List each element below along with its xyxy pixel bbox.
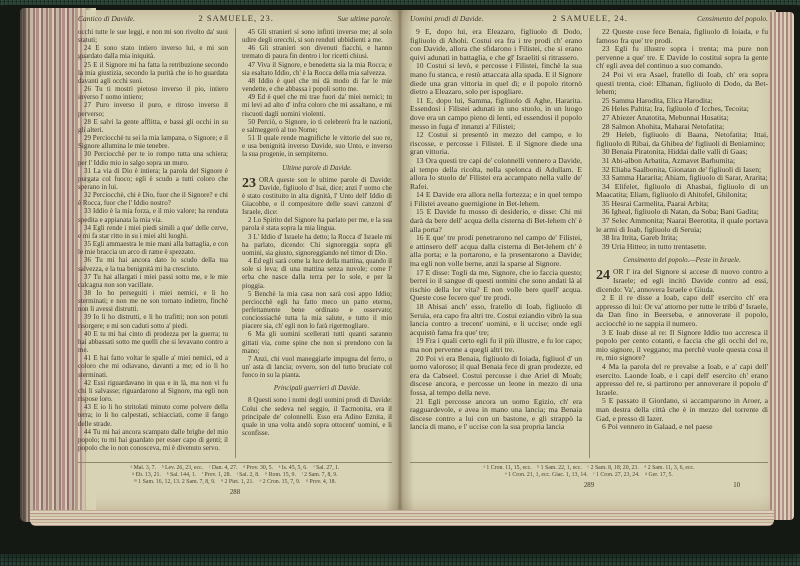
- verse-text: 23 Egli fu illustre sopra i trenta; ma p…: [596, 45, 768, 71]
- verse-text: 39 Io li ho distrutti, e li ho trafitti;…: [78, 313, 228, 329]
- footnote-line: ᵃ 1 Cron. 11, 15, ecc. ᵇ 1 Sam. 22, 1, e…: [410, 465, 768, 472]
- verse-text: 11 E, dopo lui, Samma, figliuolo di Aghe…: [410, 97, 582, 131]
- page-left: Cantico di Davide. 2 SAMUELE, 23. Sue ul…: [78, 14, 392, 506]
- verse-text: 2 Lo Spirito del Signore ha parlato per …: [242, 216, 392, 232]
- verse-text: 30 Perciocchè per te io rompo tutta una …: [78, 150, 228, 166]
- page-footer: 289 10: [410, 482, 768, 492]
- verse-text: 4 Ma la parola del re prevalse a Ioab, e…: [596, 363, 768, 397]
- running-head-center: 2 SAMUELE, 23.: [198, 14, 273, 23]
- verse-text: 14 E Davide era allora nella fortezza; e…: [410, 191, 582, 208]
- verse-text: 36 Tu mi hai ancora dato lo scudo della …: [78, 256, 228, 272]
- verse-text: 15 E Davide fu mosso di desiderio, e dis…: [410, 208, 582, 234]
- verse-text: 35 Egli ammaestra le mie mani alla batta…: [78, 240, 228, 256]
- page-right: Uomini prodi di Davide. 2 SAMUELE, 24. C…: [410, 14, 768, 506]
- running-head-center: 2 SAMUELE, 24.: [553, 14, 628, 23]
- text-column-2: 45 Gli stranieri si sono infinti inverso…: [242, 28, 392, 458]
- footnotes: ᵃ 1 Cron. 11, 15, ecc. ᵇ 1 Sam. 22, 1, e…: [410, 462, 768, 479]
- verse-text: 26 Tu ti mostri pietoso inverso il pio, …: [78, 85, 228, 101]
- verse-text: 20 Poi vi era Benaia, figliuolo di Ioiad…: [410, 355, 582, 398]
- chapter-number: 23: [242, 176, 256, 191]
- verse-text: 50 Perciò, o Signore, io ti celebrerò fr…: [242, 118, 392, 134]
- verse-text: 13 Ora questi tre capi de' colonnelli ve…: [410, 157, 582, 191]
- verse-text: 21 Egli percosse ancora un uomo Egizio, …: [410, 398, 582, 432]
- chapter-number: 24: [596, 268, 610, 283]
- running-head-right: Sue ultime parole.: [337, 14, 392, 23]
- verse-text: 39 Uria Hitteo; in tutto trentasette.: [596, 243, 768, 252]
- verse-text: 7 Anzi, chi vuol maneggiarle impugna del…: [242, 355, 392, 379]
- verse-text: 32 Perciocchè, chi è Dio, fuor che il Si…: [78, 191, 228, 207]
- footnote-line: ᵐ 1 Sam. 16, 12, 13. 2 Sam. 7, 8, 9. ⁿ 2…: [78, 479, 392, 486]
- column-rule: [582, 28, 596, 458]
- verse-text: 19 Fra i quali certo egli fu il più illu…: [410, 337, 582, 354]
- verse-text: 27 Puro inverso il puro, e ritroso inver…: [78, 101, 228, 117]
- verse-text: 22 Queste cose fece Benaia, figliuolo di…: [596, 28, 768, 45]
- verse-text: 6 Ma gli uomini scellerati tutti quanti …: [242, 330, 392, 354]
- verse-text: 5 Benchè la mia casa non sarà così appo …: [242, 290, 392, 331]
- verse-text: 38 Io ho perseguiti i miei nemici, e li …: [78, 289, 228, 313]
- section-heading: Principali guerrieri di Davide.: [242, 384, 392, 392]
- verse-text: 2 E il re disse a Ioab, capo dell' eserc…: [596, 294, 768, 328]
- verse-text: 8 Questi sono i nomi degli uomini prodi …: [242, 396, 392, 437]
- photo-of-open-bible: { "colors": { "fabric": "#2c4a3b", "cove…: [0, 0, 800, 566]
- verse-text: 51 Il quale rende magnifiche le vittorie…: [242, 134, 392, 158]
- verse-text: 29 Perciocchè tu sei la mia lampana, o S…: [78, 134, 228, 150]
- verse-text: 37 Selec Ammonita; Naarai Beerotita, il …: [596, 217, 768, 234]
- verse-text: 31 La via di Dio è intiera; la parola de…: [78, 167, 228, 191]
- verse-text: 3 E Ioab disse al re: Il Signore Iddio t…: [596, 329, 768, 363]
- running-head: Uomini prodi di Davide. 2 SAMUELE, 24. C…: [410, 14, 768, 23]
- verse-text: 5 E passato il Giordano, si accamparono …: [596, 397, 768, 423]
- running-head: Cantico di Davide. 2 SAMUELE, 23. Sue ul…: [78, 14, 392, 23]
- verse-text: 47 Viva il Signore, e benedetta sia la m…: [242, 61, 392, 77]
- verse-text: 28 E salvi la gente afflitta, e bassi gl…: [78, 118, 228, 134]
- signature-mark: 10: [733, 482, 740, 489]
- verse-text: 34 Elifelet, figliuolo di Ahasbai, figli…: [596, 183, 768, 200]
- section-heading: Censimento del popolo.—Peste in Israele.: [596, 256, 768, 264]
- running-head-right: Censimento del popolo.: [697, 14, 768, 23]
- verse-text: 41 E hai fatto voltar le spalle a' miei …: [78, 354, 228, 378]
- verse-text: 44 Tu mi hai ancora scampato dalle brigh…: [78, 428, 228, 452]
- verse-text: 17 E disse: Togli da me, Signore, che io…: [410, 269, 582, 303]
- verse-text: 45 Gli stranieri si sono infinti inverso…: [242, 28, 392, 44]
- section-heading: Ultime parole di Davide.: [242, 164, 392, 172]
- verse-text: 3 L' Iddio d' Israele ha detto; la Rocca…: [242, 233, 392, 257]
- verse-text: 12 Costui si presentò in mezzo del campo…: [410, 131, 582, 157]
- verse-text: 29 Heleb, figliuolo di Baana, Netofatita…: [596, 131, 768, 148]
- footnote-line: ᵍ Eb. 13, 21. ʰ Sal. 144, 1. ⁱ Prov. 1, …: [78, 472, 392, 479]
- chapter-start: 23ORA queste son le ultime parole di Dav…: [242, 176, 392, 217]
- text-column-1: occhi tutte le sue leggi, e non mi son r…: [78, 28, 228, 458]
- verse-text: 18 Abisai anch' esso, fratello di Ioab, …: [410, 303, 582, 337]
- page-footer: 288: [78, 489, 392, 499]
- verse-text: 37 Tu hai allargati i miei passi sotto m…: [78, 273, 228, 289]
- footnotes: ᵃ Mal. 3, 7. ᵇ Lev. 26, 23, ecc. ᶜ Dan. …: [78, 462, 392, 486]
- footnote-line: ᵉ 1 Cron. 21, 1, ecc. Giac. 1, 13, 14. ᶠ…: [410, 472, 768, 479]
- verse-text: 43 E io li ho stritolati minuto come pol…: [78, 403, 228, 427]
- chapter-start: 24OR l' ira del Signore si accese di nuo…: [596, 268, 768, 294]
- text-column-1: 9 E, dopo lui, era Eleazaro, figliuolo d…: [410, 28, 582, 458]
- verse-text: 24 E sono stato intiero inverso lui, e m…: [78, 44, 228, 60]
- text-columns: 9 E, dopo lui, era Eleazaro, figliuolo d…: [410, 28, 768, 458]
- verse-text: 48 Iddio è quel che mi dà modo di far le…: [242, 77, 392, 93]
- verse-text: 34 Egli rende i miei piedi simili a que'…: [78, 224, 228, 240]
- column-rule: [228, 28, 242, 458]
- verse-text: 40 E tu mi hai cinto di prodezza per la …: [78, 330, 228, 354]
- page-number: 289: [410, 482, 768, 489]
- footnote-line: ᵃ Mal. 3, 7. ᵇ Lev. 26, 23, ecc. ᶜ Dan. …: [78, 465, 392, 472]
- verse-text: 9 E, dopo lui, era Eleazaro, figliuolo d…: [410, 28, 582, 62]
- text-column-2: 22 Queste cose fece Benaia, figliuolo di…: [596, 28, 768, 458]
- page-edge-stack-bottom: [30, 510, 774, 526]
- verse-text: 10 Costui si levò, e percosse i Filistei…: [410, 62, 582, 96]
- text-columns: occhi tutte le sue leggi, e non mi son r…: [78, 28, 392, 458]
- verse-text: 49 Ed è quel che mi trae fuori da' miei …: [242, 93, 392, 117]
- verse-text: 33 Iddio è la mia forza, e il mio valore…: [78, 207, 228, 223]
- verse-text: 25 E il Signore mi ha fatta la retribuzi…: [78, 61, 228, 85]
- verse-text: 46 Gli stranieri son divenuti fiacchi, e…: [242, 44, 392, 60]
- verse-text: 16 E que' tre prodi penetrarono nel camp…: [410, 234, 582, 268]
- running-head-left: Cantico di Davide.: [78, 14, 135, 23]
- verse-text: occhi tutte le sue leggi, e non mi son r…: [78, 28, 228, 44]
- verse-text: 4 Ed egli sarà come la luce della mattin…: [242, 257, 392, 290]
- verse-text: 42 Essi riguardavano in qua e in là, ma …: [78, 379, 228, 403]
- verse-text: 6 Poi vennero in Galaad, e nel paese: [596, 423, 768, 432]
- page-number: 288: [78, 489, 392, 496]
- page-edge-stack-right: [770, 12, 794, 520]
- verse-text: 24 Poi vi era Asael, fratello di Ioab, c…: [596, 71, 768, 97]
- running-head-left: Uomini prodi di Davide.: [410, 14, 483, 23]
